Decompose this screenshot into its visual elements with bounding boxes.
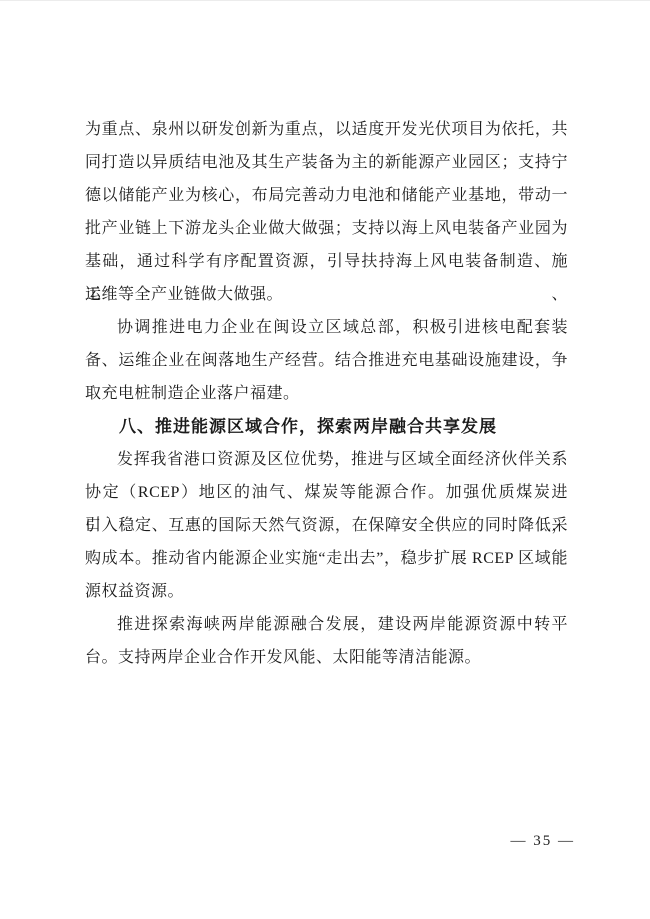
paragraph-4: 推进探索海峡两岸能源融合发展，建设两岸能源资源中转平 台。支持两岸企业合作开发风…	[85, 608, 568, 674]
text-line: 同打造以异质结电池及其生产装备为主的新能源产业园区；支持宁	[85, 146, 568, 179]
text-line: 为重点、泉州以研发创新为重点，以适度开发光伏项目为依托，共	[85, 113, 568, 146]
text-line: 引入稳定、互惠的国际天然气资源，在保障安全供应的同时降低采	[85, 509, 568, 542]
paragraph-1: 为重点、泉州以研发创新为重点，以适度开发光伏项目为依托，共 同打造以异质结电池及…	[85, 113, 568, 311]
text-line: 批产业链上下游龙头企业做大做强；支持以海上风电装备产业园为	[85, 212, 568, 245]
page-number: — 35 —	[0, 833, 575, 850]
text-line: 备、运维企业在闽落地生产经营。结合推进充电基础设施建设，争	[85, 344, 568, 377]
text-line: 源权益资源。	[85, 575, 568, 608]
text-line: 协调推进电力企业在闽设立区域总部，积极引进核电配套装	[85, 311, 568, 344]
document-page: 为重点、泉州以研发创新为重点，以适度开发光伏项目为依托，共 同打造以异质结电池及…	[0, 0, 650, 919]
section-heading: 八、推进能源区域合作，探索两岸融合共享发展	[85, 410, 568, 443]
text-line: 协定（RCEP）地区的油气、煤炭等能源合作。加强优质煤炭进口，	[85, 476, 568, 509]
page-text-block: 为重点、泉州以研发创新为重点，以适度开发光伏项目为依托，共 同打造以异质结电池及…	[85, 113, 568, 674]
text-line: 取充电桩制造企业落户福建。	[85, 377, 568, 410]
text-line: 台。支持两岸企业合作开发风能、太阳能等清洁能源。	[85, 641, 568, 674]
paragraph-2: 协调推进电力企业在闽设立区域总部，积极引进核电配套装 备、运维企业在闽落地生产经…	[85, 311, 568, 410]
text-line: 德以储能产业为核心，布局完善动力电池和储能产业基地，带动一	[85, 179, 568, 212]
text-line: 发挥我省港口资源及区位优势，推进与区域全面经济伙伴关系	[85, 443, 568, 476]
text-line: 基础，通过科学有序配置资源，引导扶持海上风电装备制造、施工、	[85, 245, 568, 278]
paragraph-3: 发挥我省港口资源及区位优势，推进与区域全面经济伙伴关系 协定（RCEP）地区的油…	[85, 443, 568, 608]
text-line: 推进探索海峡两岸能源融合发展，建设两岸能源资源中转平	[85, 608, 568, 641]
text-line: 购成本。推动省内能源企业实施“走出去”，稳步扩展 RCEP 区域能	[85, 542, 568, 575]
